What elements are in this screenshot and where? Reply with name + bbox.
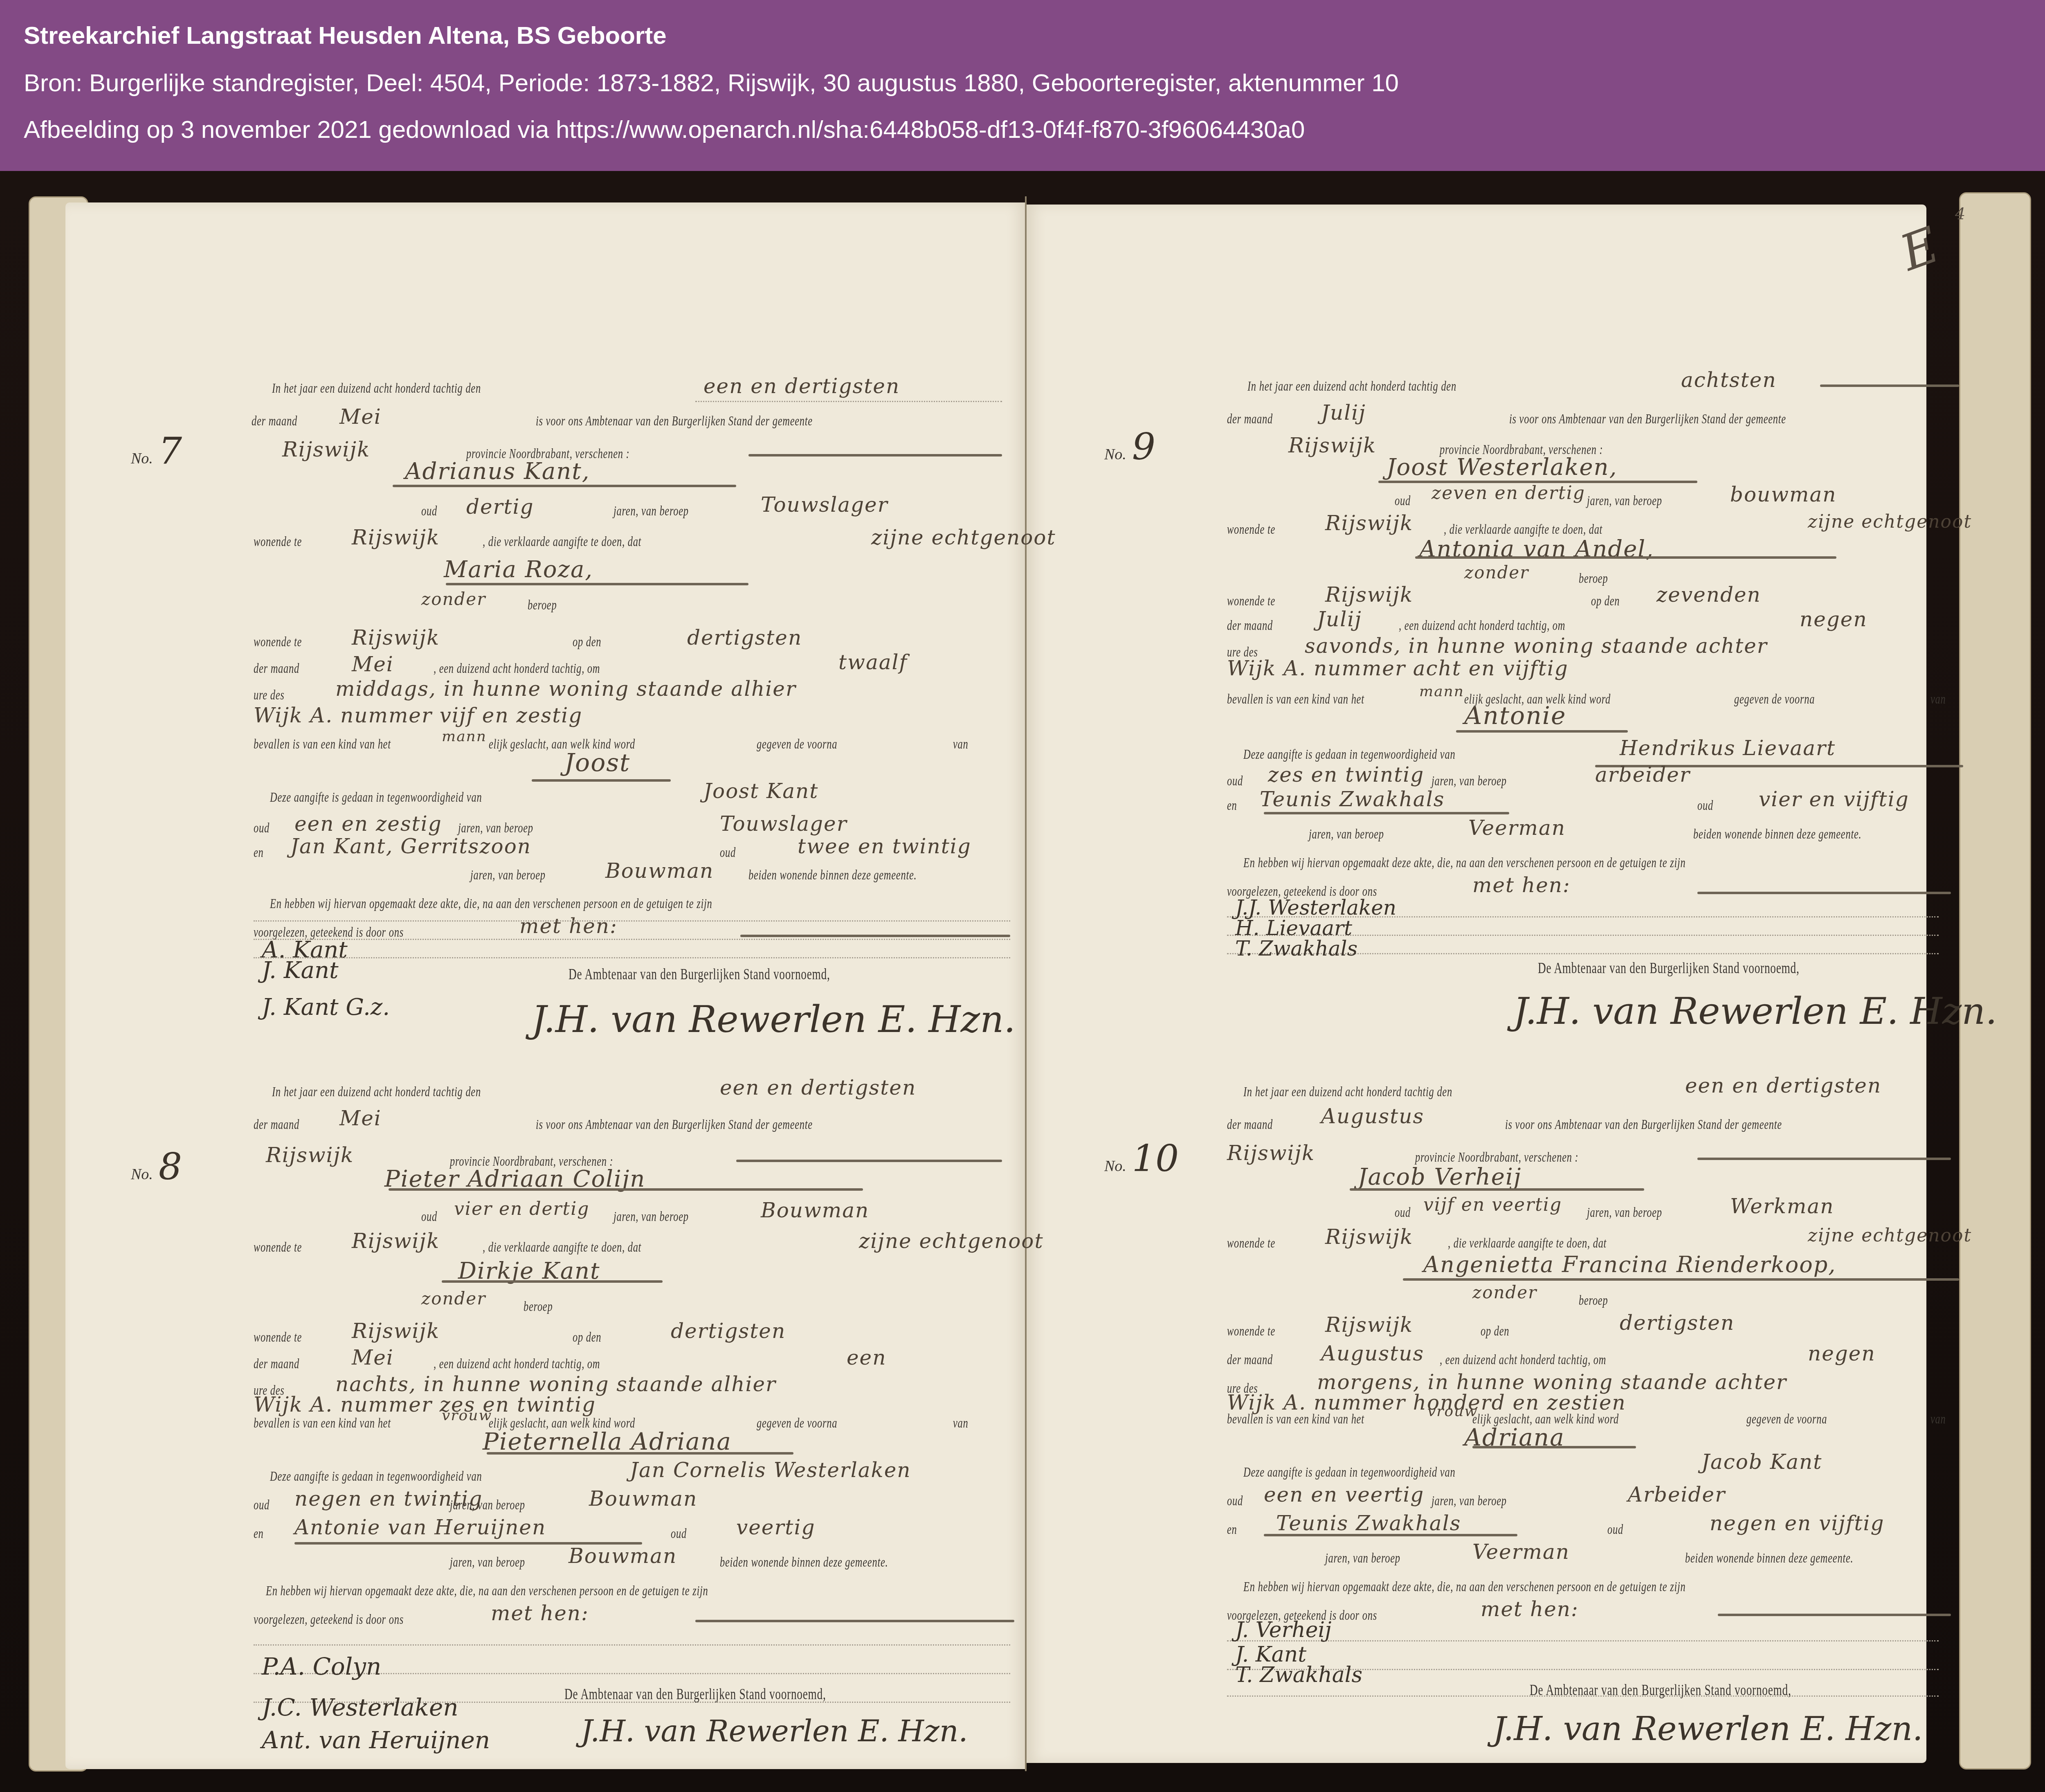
- download-notice: Afbeelding op 3 november 2021 gedownload…: [24, 115, 1305, 144]
- book-gutter: [1025, 196, 1027, 1771]
- official-title: De Ambtenaar van den Burgerlijken Stand …: [569, 965, 932, 983]
- witness1-name: Joost Kant: [703, 779, 818, 803]
- child-name: Joost: [564, 749, 630, 777]
- declarant-name: Jacob Verheij: [1358, 1164, 1521, 1190]
- declarant-age: dertig: [466, 495, 534, 519]
- source-citation: Bron: Burgerlijke standregister, Deel: 4…: [24, 69, 1399, 97]
- declarant-name: Adrianus Kant,: [405, 458, 590, 485]
- signature-3: J. Kant G.z.: [262, 994, 390, 1021]
- official-title: De Ambtenaar van den Burgerlijken Stand …: [1538, 959, 1901, 977]
- birth-day: dertigsten: [687, 626, 802, 650]
- child-name: Antonie: [1464, 702, 1566, 730]
- record-number: No.10: [1104, 1137, 1179, 1180]
- official-title: De Ambtenaar van den Burgerlijken Stand …: [564, 1685, 928, 1703]
- municipality: Rijswijk: [282, 438, 370, 461]
- mother-name: Maria Roza,: [444, 556, 593, 583]
- birth-address: Wijk A. nummer vijf en zestig: [254, 704, 582, 727]
- right-page-stack-edge: [1959, 192, 2031, 1770]
- official-title: De Ambtenaar van den Burgerlijken Stand …: [1530, 1681, 1893, 1699]
- archive-title: Streekarchief Langstraat Heusden Altena,…: [24, 21, 667, 49]
- declarant-occupation: Touwslager: [761, 493, 888, 517]
- record-number: No.8: [131, 1145, 182, 1188]
- child-name: Pieternella Adriana: [483, 1428, 732, 1455]
- signature-2: J. Kant: [262, 957, 339, 984]
- record-month: Mei: [339, 405, 382, 429]
- witness2-name: Jan Kant, Gerritszoon: [290, 834, 531, 858]
- record-day: een en dertigsten: [703, 374, 900, 398]
- declarant-name: Joost Westerlaken,: [1387, 454, 1617, 481]
- birth-hour: twaalf: [838, 650, 908, 674]
- archive-header: Streekarchief Langstraat Heusden Altena,…: [0, 0, 2045, 171]
- official-signature: J.H. van Rewerlen E. Hzn.: [532, 998, 1016, 1041]
- page-number: 4: [1955, 205, 1965, 223]
- record-number: No.9: [1104, 425, 1155, 468]
- printed-intro: In het jaar een duizend acht honderd tac…: [272, 376, 481, 401]
- mother-name: Angenietta Francina Rienderkoop,: [1423, 1252, 1836, 1277]
- record-number: No.7: [131, 429, 182, 472]
